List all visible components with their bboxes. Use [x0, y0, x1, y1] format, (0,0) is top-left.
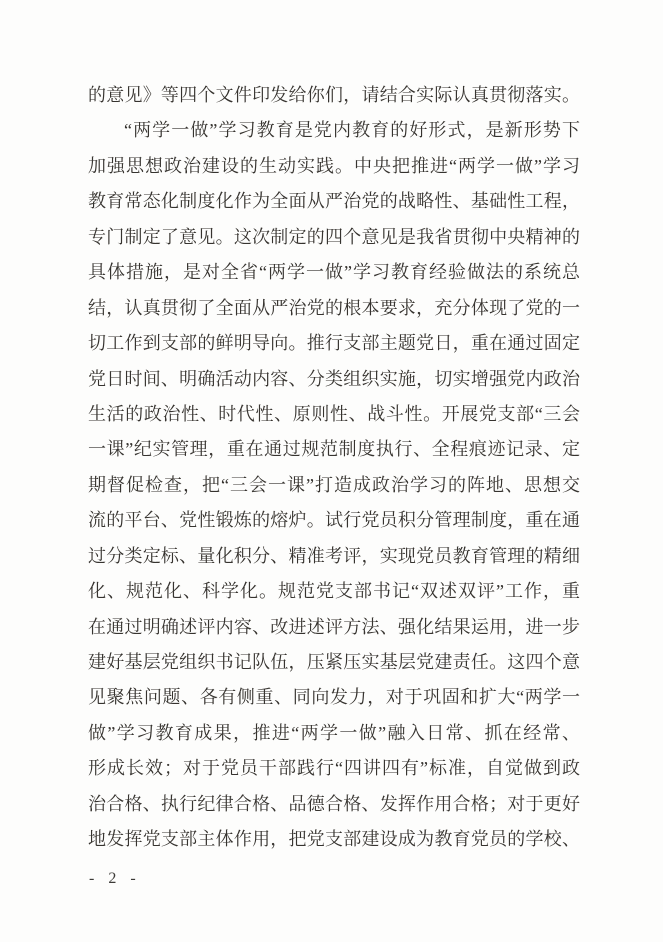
text-line: 教育常态化制度化作为全面从严治党的战略性、基础性工程， [88, 184, 580, 219]
text-line: 结，认真贯彻了全面从严治党的根本要求，充分体现了党的一 [88, 291, 580, 326]
text-line: 建好基层党组织书记队伍，压紧压实基层党建责任。这四个意 [88, 645, 580, 680]
text-line: 在通过明确述评内容、改进述评方法、强化结果运用，进一步 [88, 610, 580, 645]
text-line: 加强思想政治建设的生动实践。中央把推进“两学一做”学习 [88, 149, 580, 184]
text-line: 化、规范化、科学化。规范党支部书记“双述双评”工作，重 [88, 574, 580, 609]
text-line: 专门制定了意见。这次制定的四个意见是我省贯彻中央精神的 [88, 220, 580, 255]
text-line: “两学一做”学习教育是党内教育的好形式，是新形势下 [88, 113, 580, 148]
body-text: 的意见》等四个文件印发给你们，请结合实际认真贯彻落实。 “两学一做”学习教育是党… [88, 78, 580, 858]
text-line: 地发挥党支部主体作用，把党支部建设成为教育党员的学校、 [88, 822, 580, 857]
document-page: 的意见》等四个文件印发给你们，请结合实际认真贯彻落实。 “两学一做”学习教育是党… [0, 0, 663, 942]
text-line: 党日时间、明确活动内容、分类组织实施，切实增强党内政治 [88, 362, 580, 397]
text-line: 切工作到支部的鲜明导向。推行支部主题党日，重在通过固定 [88, 326, 580, 361]
text-line: 的意见》等四个文件印发给你们，请结合实际认真贯彻落实。 [88, 78, 580, 113]
text-line: 期督促检查，把“三会一课”打造成政治学习的阵地、思想交 [88, 468, 580, 503]
text-line: 具体措施，是对全省“两学一做”学习教育经验做法的系统总 [88, 255, 580, 290]
text-line: 过分类定标、量化积分、精准考评，实现党员教育管理的精细 [88, 539, 580, 574]
page-number: - 2 - [89, 870, 141, 888]
text-line: 生活的政治性、时代性、原则性、战斗性。开展党支部“三会 [88, 397, 580, 432]
text-line: 流的平台、党性锻炼的熔炉。试行党员积分管理制度，重在通 [88, 503, 580, 538]
text-line: 做”学习教育成果，推进“两学一做”融入日常、抓在经常、 [88, 716, 580, 751]
text-line: 见聚焦问题、各有侧重、同向发力，对于巩固和扩大“两学一 [88, 680, 580, 715]
text-line: 治合格、执行纪律合格、品德合格、发挥作用合格；对于更好 [88, 787, 580, 822]
text-line: 一课”纪实管理，重在通过规范制度执行、全程痕迹记录、定 [88, 432, 580, 467]
text-line: 形成长效；对于党员干部践行“四讲四有”标准，自觉做到政 [88, 751, 580, 786]
